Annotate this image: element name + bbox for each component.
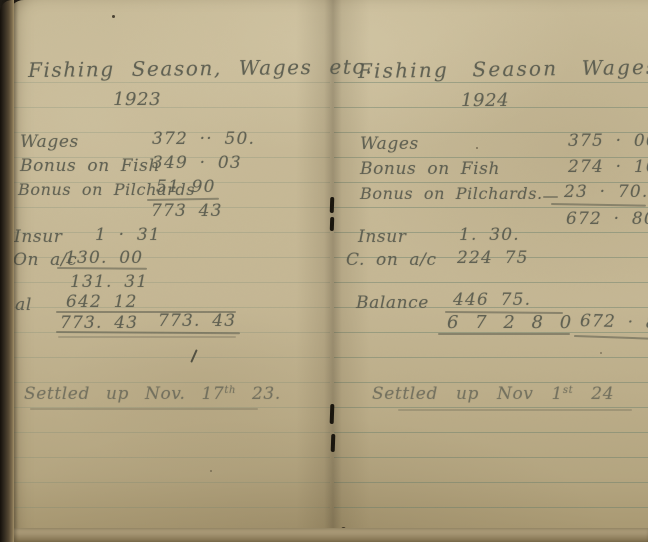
row-total: 6 7 2 8 0: [447, 314, 574, 332]
footer-superscript: st: [563, 385, 573, 396]
notebook-binding: [0, 0, 14, 542]
row-label: Insur: [14, 229, 62, 246]
binding-stitch: [331, 434, 336, 452]
row-total: 672 · 80.: [566, 211, 648, 228]
row-amount: 1. 30.: [459, 227, 520, 244]
row-amount: 372 ·· 50.: [152, 131, 255, 148]
paper-speck: [112, 15, 115, 18]
notebook-photo: Fishing Season, Wages etc. 1923 Wages 37…: [0, 0, 648, 542]
row-total: 773 43: [151, 203, 223, 220]
row-label: C. on a/c: [346, 252, 437, 269]
footer-text: Settled up Nov 1: [372, 384, 563, 404]
pencil-underline: [30, 408, 258, 410]
row-label: Insur: [358, 229, 406, 246]
footer-text: Settled up Nov. 17: [24, 384, 224, 404]
row-amount: 274 · 10.: [568, 159, 648, 176]
binding-stitch: [330, 217, 334, 231]
footer-text: 23.: [236, 384, 281, 404]
row-total: 672 · 80.: [580, 313, 648, 333]
row-amount: 23 · 70.: [564, 184, 648, 201]
left-page-title: Fishing Season, Wages etc.: [28, 56, 373, 80]
pencil-underline: [398, 409, 632, 411]
row-amount: 1 · 31: [95, 227, 161, 244]
binding-stitch: [330, 404, 335, 424]
left-page-year: 1923: [113, 91, 161, 109]
row-total: 773. 43: [60, 315, 138, 332]
row-amount: 446 75.: [453, 292, 531, 309]
row-amount: 224 75: [457, 250, 529, 267]
right-page-year: 1924: [461, 92, 509, 110]
paper-speck: [210, 470, 212, 472]
row-amount: 130. 00: [65, 250, 143, 267]
row-label: Bonus on Fish: [360, 161, 500, 178]
row-amount: 131. 31: [70, 274, 148, 291]
row-amount: 375 · 00: [568, 133, 648, 150]
pencil-underline: [58, 336, 236, 338]
paper-speck: [600, 352, 602, 354]
footer-superscript: th: [224, 385, 236, 396]
row-total: 773. 43: [158, 313, 236, 330]
pencil-dash: [543, 196, 558, 198]
row-amount: 51 90: [156, 179, 216, 196]
row-label: Wages: [20, 134, 79, 151]
pencil-underline: [438, 333, 570, 335]
paper-speck: [476, 147, 478, 149]
right-page-footer: Settled up Nov 1st 24: [372, 386, 614, 403]
page-stack-bottom-edge: [8, 528, 648, 542]
row-label: Bonus on Pilchards.: [360, 186, 543, 202]
row-label: Balance: [356, 295, 429, 312]
right-page-title: Fishing Season Wages etc.: [358, 56, 648, 81]
row-amount: 642 12: [66, 294, 138, 311]
left-page-footer: Settled up Nov. 17th 23.: [24, 386, 281, 403]
row-label: Bonus on Fish: [20, 158, 160, 175]
footer-text: 24: [573, 384, 614, 404]
notebook-pages-paper: [8, 0, 648, 542]
row-amount: 349 · 03: [152, 155, 242, 172]
row-label: Wages: [360, 136, 419, 153]
binding-stitch: [330, 197, 335, 213]
